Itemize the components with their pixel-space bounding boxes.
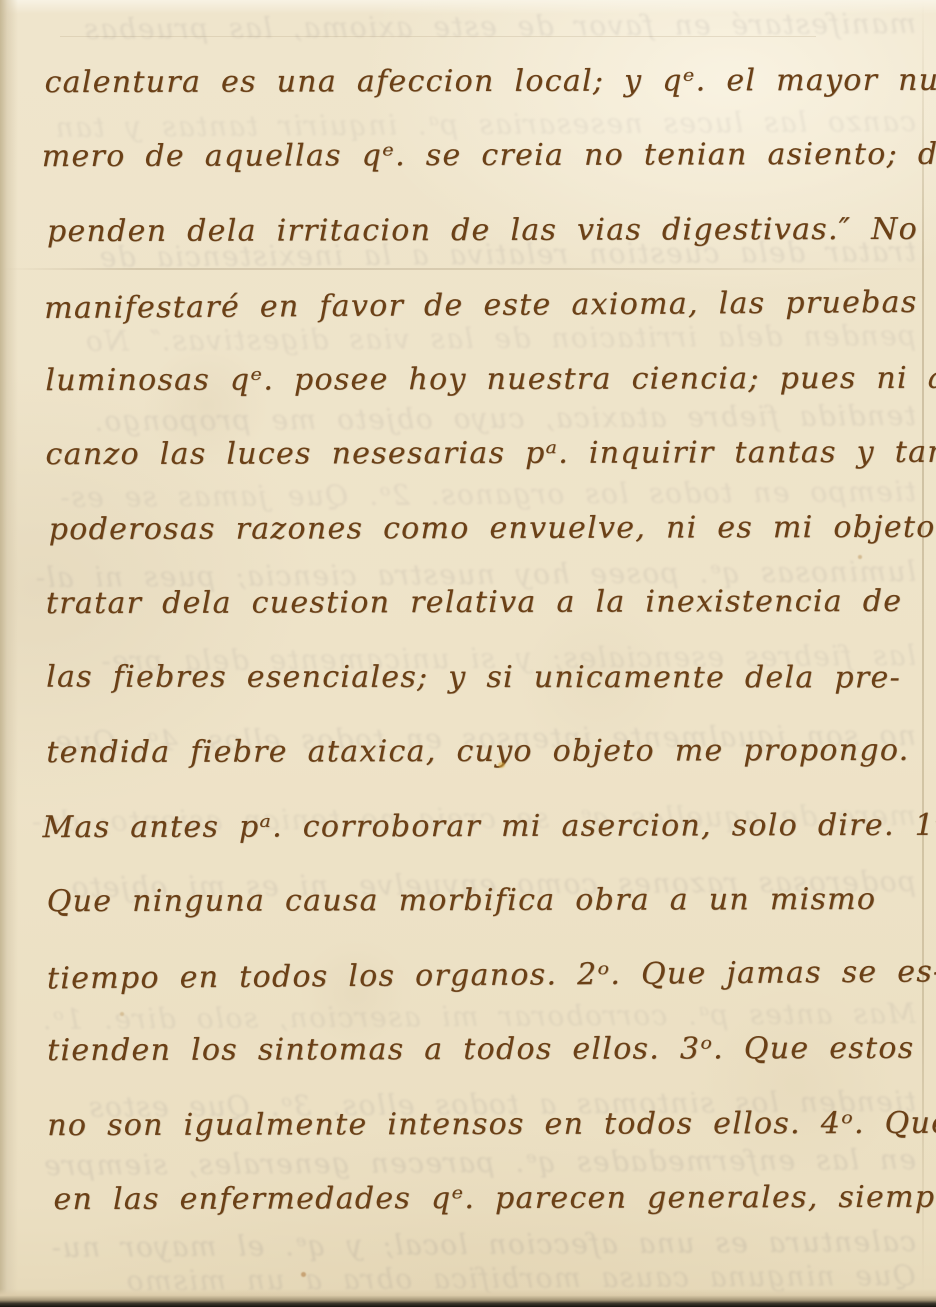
manuscript-line: tendida fiebre ataxica, cuyo objeto me p… — [46, 713, 906, 790]
manuscript-line: tratar dela cuestion relativa a la inexi… — [46, 564, 906, 641]
foxing-spot — [301, 1272, 306, 1277]
handwritten-text-block: calentura es una afeccion local; y qᵉ. e… — [44, 43, 907, 1237]
page-bottom-edge — [0, 1289, 936, 1307]
manuscript-line: en las enfermedades qᵉ. parecen generale… — [53, 1160, 907, 1237]
bleedthrough-line: manifestaré en favor de este axioma, las… — [30, 7, 916, 46]
manuscript-line: no son igualmente intensos en todos ello… — [47, 1086, 907, 1163]
manuscript-line: calentura es una afeccion local; y qᵉ. e… — [44, 43, 904, 120]
manuscript-line: mero de aquellas qᵉ. se creia no tenian … — [42, 117, 905, 194]
foxing-spot — [498, 762, 505, 768]
manuscript-line: las fiebres esenciales; y si unicamente … — [46, 640, 906, 715]
manuscript-line: canzo las luces nesesarias pᵃ. inquirir … — [45, 415, 905, 492]
manuscript-line: luminosas qᵉ. posee hoy nuestra ciencia;… — [45, 341, 905, 418]
manuscript-line: poderosas razones como envuelve, ni es m… — [49, 490, 906, 567]
manuscript-line: Que ninguna causa morbifica obra a un mi… — [47, 862, 907, 939]
foxing-spot — [858, 555, 862, 559]
manuscript-line: Mas antes pᵃ. corroborar mi asercion, so… — [42, 788, 906, 865]
manuscript-line: tienden los sintomas a todos ellos. 3ᵒ. … — [47, 1011, 907, 1088]
manuscript-line: penden dela irritacion de las vias diges… — [47, 192, 905, 269]
foxing-spot — [120, 1012, 124, 1016]
manuscript-line: tiempo en todos los organos. 2ᵒ. Que jam… — [47, 935, 908, 1016]
manuscript-page: manifestaré en favor de este axioma, las… — [0, 0, 936, 1307]
manuscript-line: manifestaré en favor de este axioma, las… — [44, 264, 905, 345]
